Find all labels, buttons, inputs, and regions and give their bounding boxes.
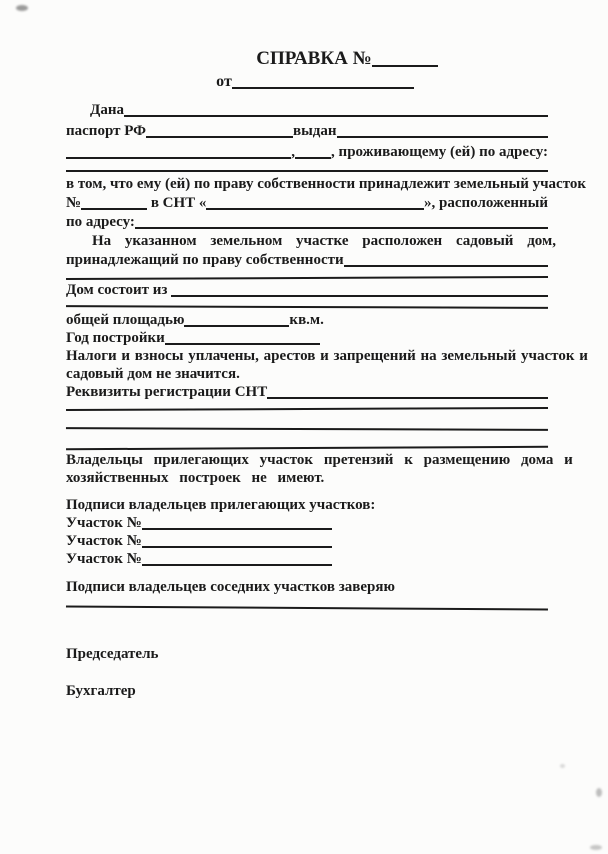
house-owner-label: принадлежащий по праву собственности [66, 251, 344, 270]
ownership-statement-line: в том, что ему (ей) по праву собственнос… [66, 175, 548, 194]
neighbors-statement-2: хозяйственных построек не имеют. [66, 469, 324, 487]
passport-label: паспорт РФ [66, 121, 146, 142]
issued-by-continuation-blank [66, 156, 291, 159]
plot-snt-line: № в СНТ «», расположенный [66, 194, 548, 213]
date-blank [232, 86, 414, 89]
house-composition-blank [171, 294, 548, 297]
year-built-line: Год постройки [66, 329, 548, 347]
plot-signature-line-1: Участок № [66, 514, 548, 532]
house-statement: На указанном земельном участке расположе… [66, 232, 556, 251]
accountant-label: Бухгалтер [66, 682, 136, 700]
year-built-label: Год постройки [66, 329, 165, 347]
neighbors-line-2: хозяйственных построек не имеют. [66, 469, 548, 487]
scanned-certificate-page: СПРАВКА № от Дана паспорт РФвыдан ,, про… [0, 0, 608, 854]
certify-statement: Подписи владельцев соседних участков зав… [66, 578, 395, 596]
certificate-title: СПРАВКА № [256, 48, 371, 70]
given-to-label: Дана [66, 100, 124, 121]
signatures-heading-line: Подписи владельцев прилегающих участков: [66, 496, 548, 514]
plot-signature-label-1: Участок № [66, 514, 142, 532]
passport-issued-label: выдан [293, 121, 337, 142]
given-line: Дана [66, 100, 548, 121]
scan-artifact [560, 764, 565, 768]
date-line: от [74, 70, 556, 94]
certify-statement-line: Подписи владельцев соседних участков зав… [66, 578, 548, 596]
house-owner-continuation-blank [66, 269, 548, 280]
neighbors-statement-1: Владельцы прилегающих участок претензий … [66, 451, 573, 469]
taxes-line-2: садовый дом не значится. [66, 365, 548, 383]
residing-label: , проживающему (ей) по адресу: [331, 142, 548, 163]
recipient-name-blank [124, 114, 548, 117]
scan-artifact [590, 845, 602, 850]
residence-address-blank [66, 163, 548, 172]
snt-registration-label: Реквизиты регистрации СНТ [66, 383, 267, 401]
snt-registration-line: Реквизиты регистрации СНТ [66, 383, 548, 401]
house-owner-blank [344, 264, 548, 267]
plot-signature-line-3: Участок № [66, 550, 548, 568]
sqm-label: кв.м. [289, 311, 323, 329]
taxes-line-1: Налоги и взносы уплачены, арестов и запр… [66, 347, 548, 365]
plot-signature-blank-2 [142, 545, 332, 548]
taxes-statement-1: Налоги и взносы уплачены, арестов и запр… [66, 347, 588, 365]
snt-registration-blank [267, 396, 548, 399]
certificate-body: СПРАВКА № от Дана паспорт РФвыдан ,, про… [66, 48, 548, 700]
total-area-blank [184, 324, 289, 327]
neighbors-line-1: Владельцы прилегающих участок претензий … [66, 451, 548, 469]
plot-signature-label-3: Участок № [66, 550, 142, 568]
certificate-number-blank [372, 64, 438, 67]
accountant-line: Бухгалтер [66, 682, 548, 700]
signatures-heading: Подписи владельцев прилегающих участков: [66, 496, 375, 514]
house-composition-label: Дом состоит из [66, 281, 171, 300]
date-label: от [216, 70, 232, 94]
snt-open-label: в СНТ « [147, 194, 206, 213]
area-line: общей площадьюкв.м. [66, 311, 548, 329]
plot-signature-blank-1 [142, 527, 332, 530]
scan-artifact [596, 788, 602, 797]
year-built-blank [165, 342, 320, 345]
plot-signature-blank-3 [142, 563, 332, 566]
plot-address-blank [135, 226, 548, 229]
registration-continuation-blank-3 [66, 429, 548, 451]
chairman-label: Председатель [66, 645, 158, 663]
passport-issued-by-blank [337, 135, 548, 138]
passport-number-blank [146, 135, 293, 138]
issue-date-blank [295, 156, 331, 159]
house-statement-line: На указанном земельном участке расположе… [66, 232, 548, 251]
snt-close-label: », расположенный [424, 194, 548, 213]
house-composition-line: Дом состоит из [66, 281, 548, 300]
ownership-statement: в том, что ему (ей) по праву собственнос… [66, 175, 586, 194]
house-owner-line: принадлежащий по праву собственности [66, 251, 548, 270]
house-composition-continuation-blank [66, 299, 548, 309]
plot-signature-label-2: Участок № [66, 532, 142, 550]
residence-intro-line: ,, проживающему (ей) по адресу: [66, 142, 548, 163]
plot-address-line: по адресу: [66, 213, 548, 232]
plot-signature-line-2: Участок № [66, 532, 548, 550]
comma-mark: , [291, 142, 295, 163]
passport-line: паспорт РФвыдан [66, 121, 548, 142]
registration-continuation-blank-2 [66, 409, 548, 431]
taxes-statement-2: садовый дом не значится. [66, 365, 240, 383]
scan-artifact [16, 5, 28, 11]
snt-name-blank [206, 207, 424, 210]
plot-number-label: № [66, 194, 81, 213]
address-label: по адресу: [66, 213, 135, 232]
plot-number-blank [81, 207, 147, 210]
certify-signature-blank [66, 599, 548, 611]
chairman-line: Председатель [66, 645, 548, 663]
area-label: общей площадью [66, 311, 184, 329]
title-line: СПРАВКА № [106, 48, 588, 70]
